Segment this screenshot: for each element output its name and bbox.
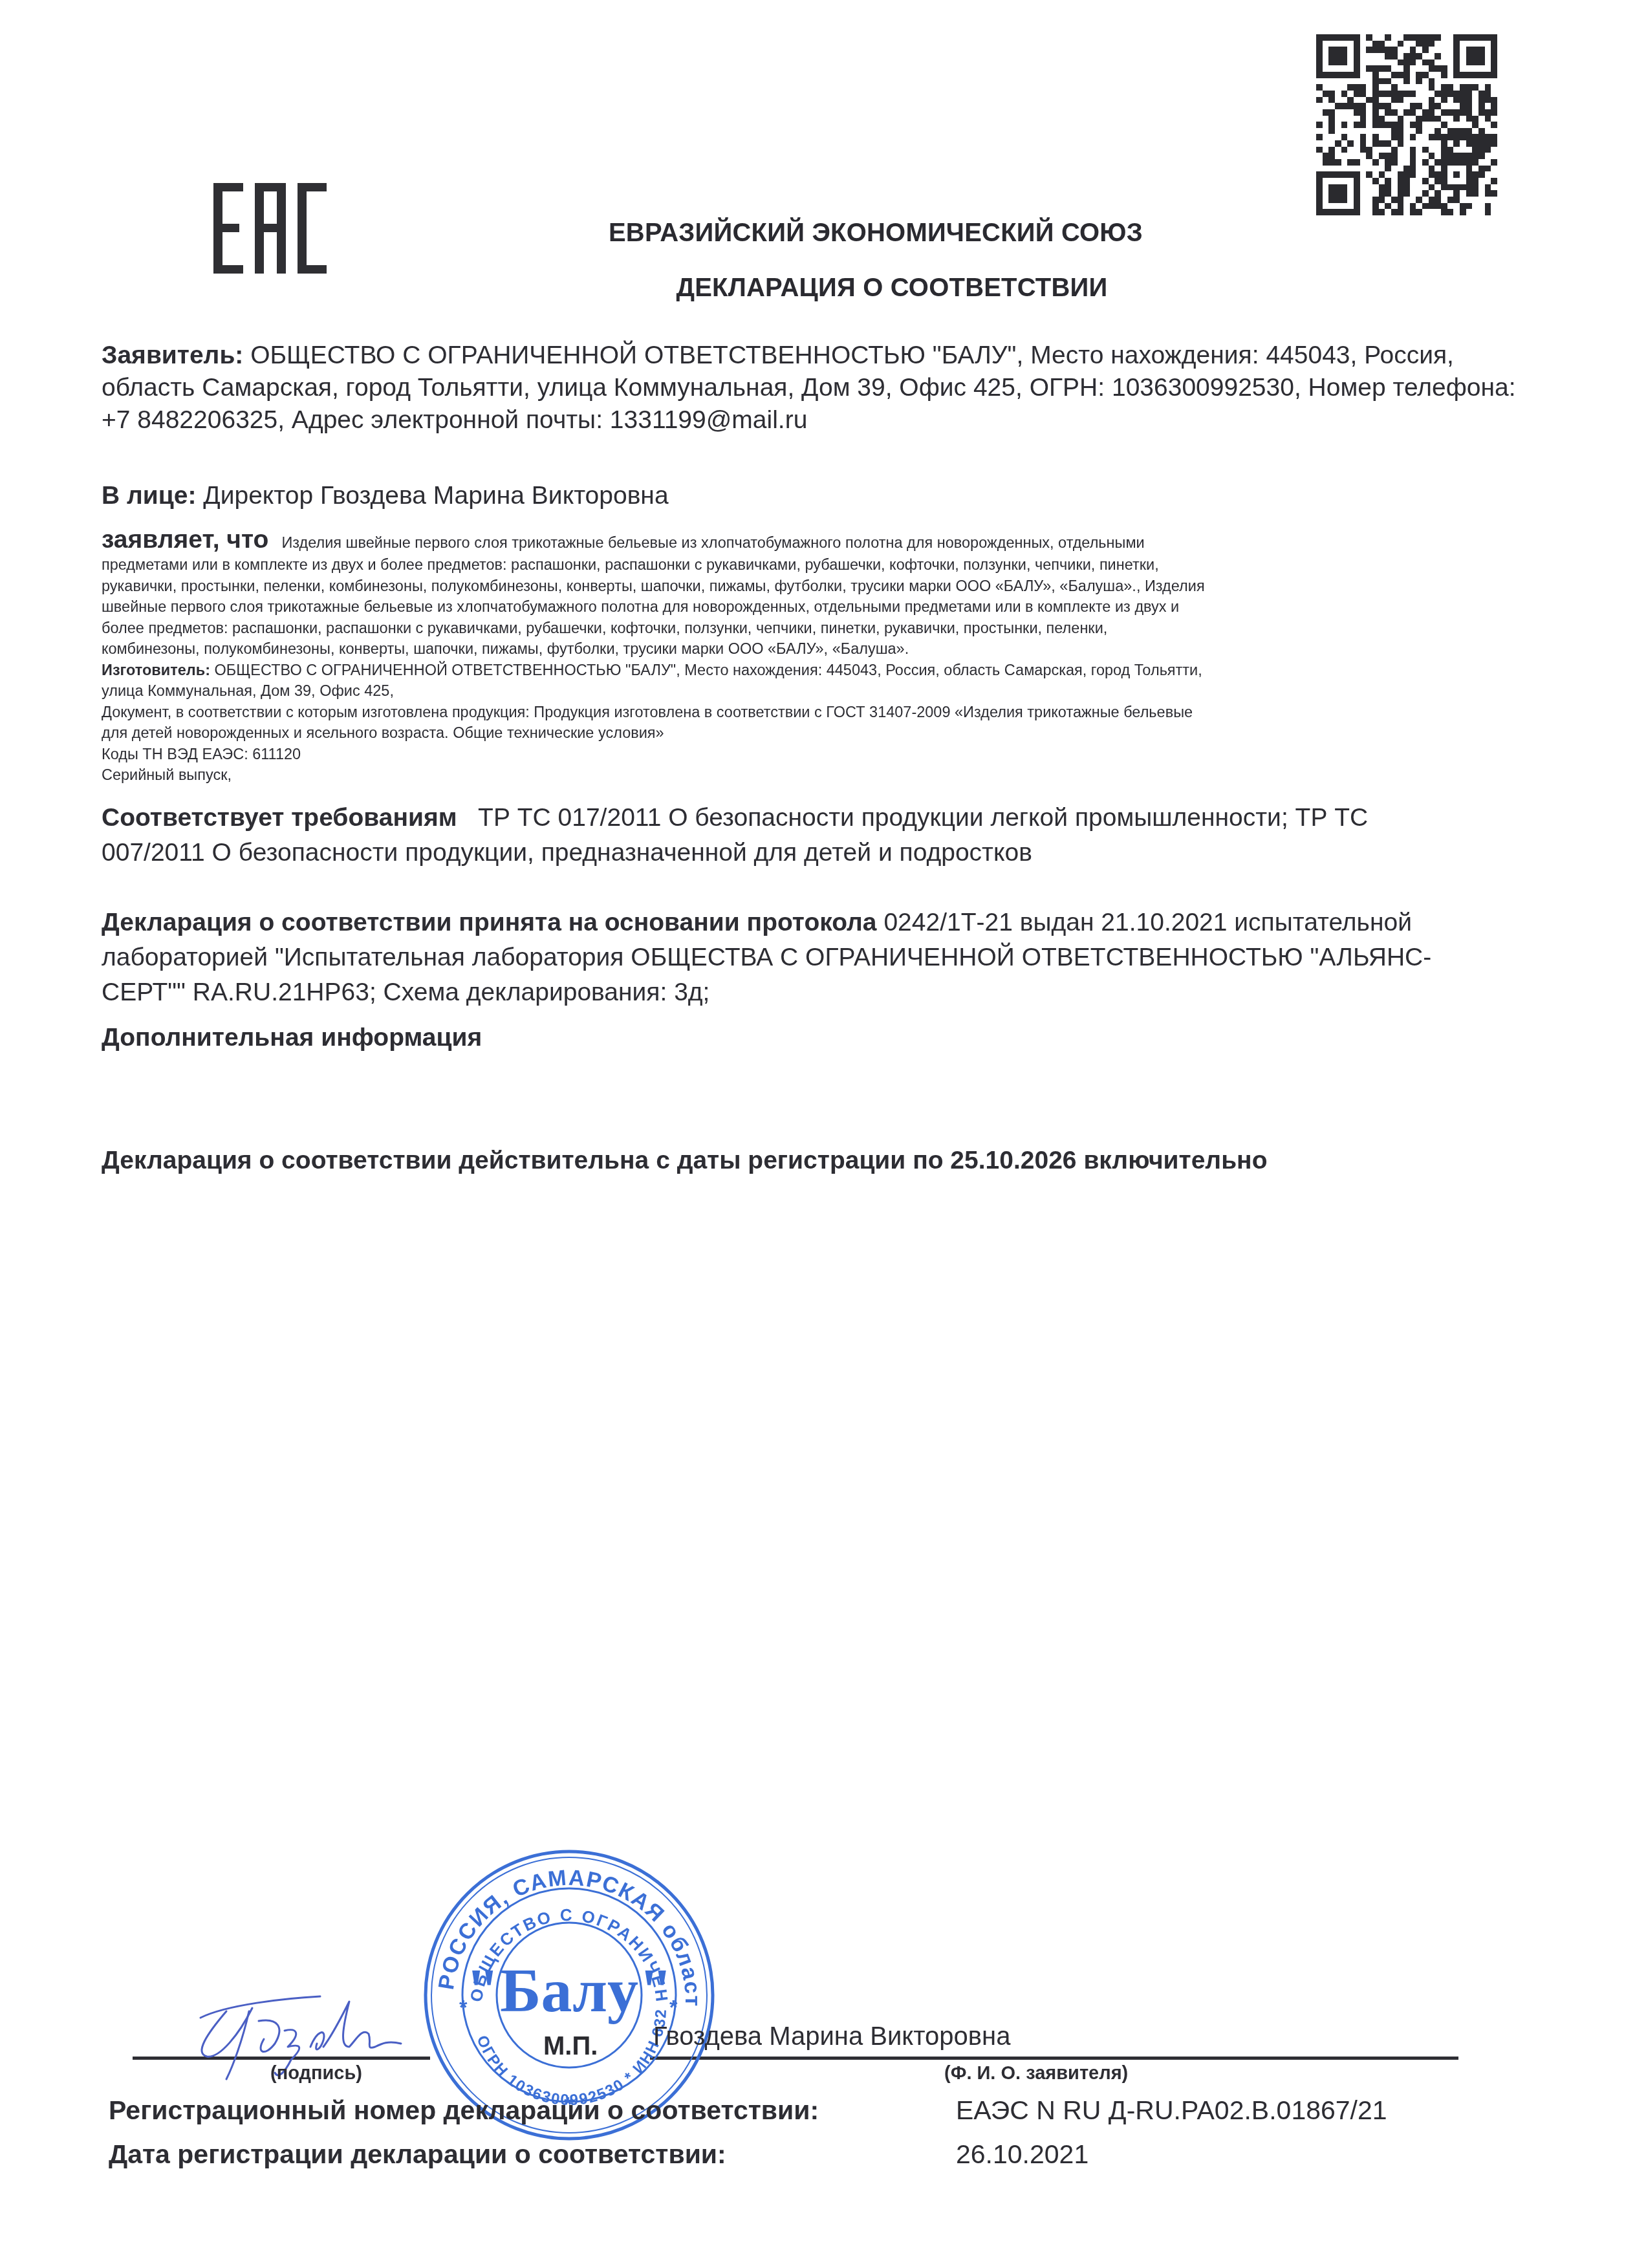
svg-text:*: * <box>669 1996 678 2019</box>
applicant-text: ОБЩЕСТВО С ОГРАНИЧЕННОЙ ОТВЕТСТВЕННОСТЬЮ… <box>102 341 1516 434</box>
protocol-label: Декларация о соответствии принята на осн… <box>102 909 877 936</box>
validity-statement: Декларация о соответствии действительна … <box>102 1145 1395 1177</box>
registration-number-label: Регистрационный номер декларации о соотв… <box>109 2095 819 2126</box>
standard-document: Документ, в соответствии с которым изгот… <box>102 702 1395 723</box>
product-line: швейные первого слоя трикотажные бельевы… <box>102 596 1395 618</box>
product-line: комбинезоны, полукомбинезоны, конверты, … <box>102 638 1395 660</box>
tnved-codes: Коды ТН ВЭД ЕАЭС: 611120 <box>102 744 1395 765</box>
compliance-label: Соответствует требованиям <box>102 804 457 832</box>
registration-date-label: Дата регистрации декларации о соответств… <box>109 2139 726 2170</box>
signature-caption: (подпись) <box>270 2063 362 2084</box>
additional-info-heading: Дополнительная информация <box>102 1022 1544 1054</box>
serial-release: Серийный выпуск, <box>102 764 1395 786</box>
applicant-section: Заявитель: ОБЩЕСТВО С ОГРАНИЧЕННОЙ ОТВЕТ… <box>102 340 1544 437</box>
applicant-label: Заявитель: <box>102 341 243 369</box>
standard-document: для детей новорожденных и ясельного возр… <box>102 722 1395 744</box>
product-line: предметами или в комплекте из двух и бол… <box>102 554 1395 576</box>
seal-place-label: М.П. <box>543 2032 598 2061</box>
representative-section: В лице: Директор Гвоздева Марина Викторо… <box>102 480 1544 512</box>
qr-code <box>1316 34 1497 215</box>
name-line <box>650 2057 1458 2060</box>
manufacturer-text: ОБЩЕСТВО С ОГРАНИЧЕННОЙ ОТВЕТСТВЕННОСТЬЮ… <box>210 662 1202 678</box>
registration-date-value: 26.10.2021 <box>956 2139 1088 2170</box>
applicant-name-caption: (Ф. И. О. заявителя) <box>944 2063 1128 2084</box>
signer-name: Гвоздева Марина Викторовна <box>653 2022 1010 2051</box>
manufacturer-label: Изготовитель: <box>102 662 210 678</box>
representative-label: В лице: <box>102 482 196 510</box>
compliance-section: Соответствует требованиям ТР ТС 017/2011… <box>102 801 1460 870</box>
protocol-section: Декларация о соответствии принята на осн… <box>102 905 1492 1010</box>
declaration-statement: заявляет, чтоИзделия швейные первого сло… <box>102 528 1395 786</box>
document-title: ДЕКЛАРАЦИЯ О СООТВЕТСТВИИ <box>0 274 1635 303</box>
svg-text:"Балу": "Балу" <box>466 1956 673 2025</box>
union-title: ЕВРАЗИЙСКИЙ ЭКОНОМИЧЕСКИЙ СОЮЗ <box>0 219 1635 248</box>
product-line: более предметов: распашонки, распашонки … <box>102 618 1395 639</box>
manufacturer-text: улица Коммунальная, Дом 39, Офис 425, <box>102 680 1395 702</box>
product-line: Изделия швейные первого слоя трикотажные… <box>281 534 1144 551</box>
declares-label: заявляет, что <box>102 526 268 554</box>
registration-number-value: ЕАЭС N RU Д-RU.РА02.В.01867/21 <box>956 2095 1387 2126</box>
representative-text: Директор Гвоздева Марина Викторовна <box>196 482 668 510</box>
product-line: рукавички, простынки, пеленки, комбинезо… <box>102 576 1395 597</box>
qr-code-icon <box>1316 34 1497 215</box>
svg-text:*: * <box>459 1996 468 2019</box>
